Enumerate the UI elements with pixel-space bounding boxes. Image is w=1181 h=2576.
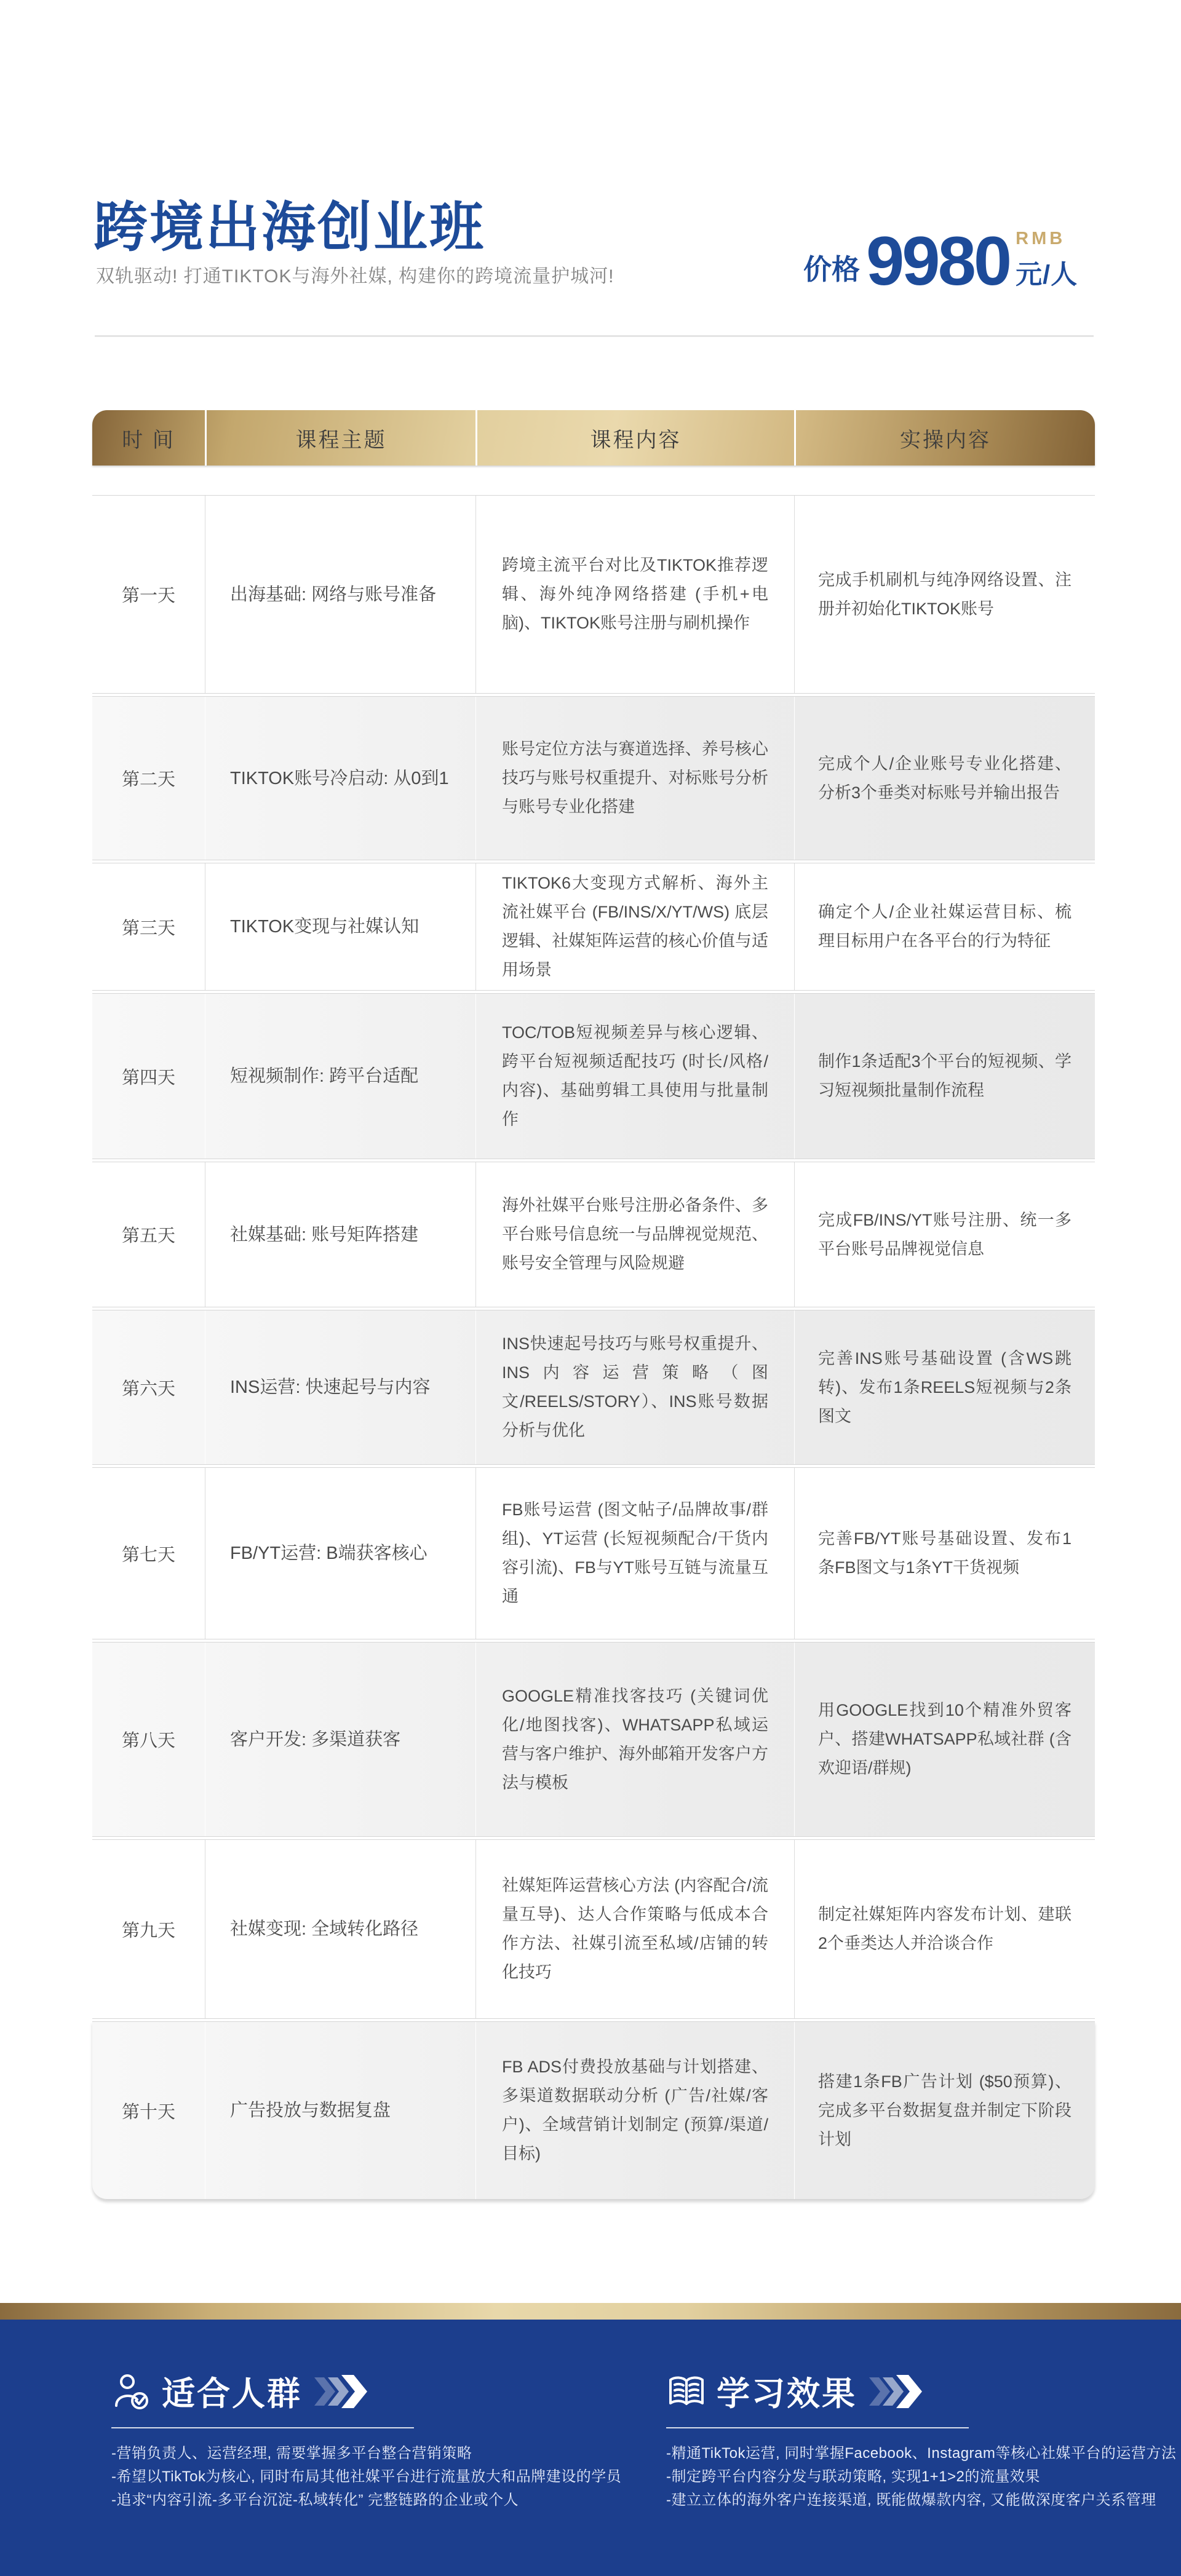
column-header-2: 课程内容 bbox=[475, 410, 794, 466]
content-cell: 账号定位方法与赛道选择、养号核心技巧与账号权重提升、对标账号分析与账号专业化搭建 bbox=[475, 697, 794, 860]
day-cell: 第一天 bbox=[92, 496, 205, 693]
outcome-title: 学习效果 bbox=[717, 2368, 857, 2415]
content-cell: 社媒矩阵运营核心方法 (内容配合/流量互导)、达人合作策略与低成本合作方法、社媒… bbox=[475, 1840, 794, 2018]
topic-cell: TIKTOK变现与社媒认知 bbox=[205, 863, 475, 990]
topic-cell: 广告投放与数据复盘 bbox=[205, 2022, 475, 2199]
table-row: 第六天INS运营: 快速起号与内容INS快速起号技巧与账号权重提升、INS内容运… bbox=[92, 1310, 1095, 1465]
table-row: 第二天TIKTOK账号冷启动: 从0到1账号定位方法与赛道选择、养号核心技巧与账… bbox=[92, 696, 1095, 860]
audience-title: 适合人群 bbox=[162, 2368, 302, 2415]
topic-cell: 客户开发: 多渠道获客 bbox=[205, 1643, 475, 1836]
content-cell: FB账号运营 (图文帖子/品牌故事/群组)、YT运营 (长短视频配合/干货内容引… bbox=[475, 1468, 794, 1639]
outcome-underline bbox=[666, 2427, 969, 2428]
day-cell: 第二天 bbox=[92, 697, 205, 860]
price-unit: 元/人 bbox=[1016, 254, 1078, 291]
day-cell: 第六天 bbox=[92, 1310, 205, 1464]
topic-cell: 社媒变现: 全域转化路径 bbox=[205, 1840, 475, 2018]
practice-cell: 制作1条适配3个平台的短视频、学习短视频批量制作流程 bbox=[794, 994, 1095, 1159]
topic-cell: TIKTOK账号冷启动: 从0到1 bbox=[205, 697, 475, 860]
header-divider bbox=[95, 335, 1094, 337]
course-table-body: 第一天出海基础: 网络与账号准备跨境主流平台对比及TIKTOK推荐逻辑、海外纯净… bbox=[92, 495, 1095, 2200]
practice-cell: 完善FB/YT账号基础设置、发布1条FB图文与1条YT干货视频 bbox=[794, 1468, 1095, 1639]
audience-items: -营销负责人、运营经理, 需要掌握多平台整合营销策略-希望以TikTok为核心,… bbox=[111, 2442, 621, 2512]
content-cell: 海外社媒平台账号注册必备条件、多平台账号信息统一与品牌视觉规范、账号安全管理与风… bbox=[475, 1162, 794, 1307]
content-cell: 跨境主流平台对比及TIKTOK推荐逻辑、海外纯净网络搭建 (手机+电脑)、TIK… bbox=[475, 496, 794, 693]
table-row: 第十天广告投放与数据复盘FB ADS付费投放基础与计划搭建、多渠道数据联动分析 … bbox=[92, 2021, 1095, 2200]
column-header-0: 时 间 bbox=[92, 410, 205, 466]
price-value: 9980 bbox=[866, 229, 1009, 293]
person-check-icon bbox=[111, 2371, 152, 2412]
table-row: 第九天社媒变现: 全域转化路径社媒矩阵运营核心方法 (内容配合/流量互导)、达人… bbox=[92, 1839, 1095, 2019]
day-cell: 第三天 bbox=[92, 863, 205, 990]
day-cell: 第八天 bbox=[92, 1643, 205, 1836]
topic-cell: 短视频制作: 跨平台适配 bbox=[205, 994, 475, 1159]
topic-cell: 出海基础: 网络与账号准备 bbox=[205, 496, 475, 693]
list-item: -精通TikTok运营, 同时掌握Facebook、Instagram等核心社媒… bbox=[666, 2442, 1176, 2465]
practice-cell: 确定个人/企业社媒运营目标、梳理目标用户在各平台的行为特征 bbox=[794, 863, 1095, 990]
day-cell: 第九天 bbox=[92, 1840, 205, 2018]
table-row: 第三天TIKTOK变现与社媒认知TIKTOK6大变现方式解析、海外主流社媒平台 … bbox=[92, 863, 1095, 991]
table-row: 第七天FB/YT运营: B端获客核心FB账号运营 (图文帖子/品牌故事/群组)、… bbox=[92, 1467, 1095, 1639]
course-table-header: 时 间课程主题课程内容实操内容 bbox=[92, 410, 1095, 466]
day-cell: 第四天 bbox=[92, 994, 205, 1159]
column-header-1: 课程主题 bbox=[205, 410, 475, 466]
audience-underline bbox=[111, 2427, 414, 2428]
topic-cell: INS运营: 快速起号与内容 bbox=[205, 1310, 475, 1464]
list-item: -希望以TikTok为核心, 同时布局其他社媒平台进行流量放大和品牌建设的学员 bbox=[111, 2465, 621, 2489]
chevrons-icon bbox=[868, 2372, 925, 2414]
footer: 适合人群 -营销负责人、运营经理, 需要掌握多平台整合营销策略-希望以TikTo… bbox=[0, 2320, 1181, 2576]
practice-cell: 完成个人/企业账号专业化搭建、分析3个垂类对标账号并输出报告 bbox=[794, 697, 1095, 860]
outcome-section: 学习效果 -精通TikTok运营, 同时掌握Facebook、Instagram… bbox=[666, 2368, 1176, 2512]
price-label: 价格 bbox=[803, 247, 860, 288]
table-row: 第八天客户开发: 多渠道获客GOOGLE精准找客技巧 (关键词优化/地图找客)、… bbox=[92, 1642, 1095, 1837]
audience-section: 适合人群 -营销负责人、运营经理, 需要掌握多平台整合营销策略-希望以TikTo… bbox=[111, 2368, 621, 2512]
book-icon bbox=[666, 2371, 707, 2412]
table-row: 第一天出海基础: 网络与账号准备跨境主流平台对比及TIKTOK推荐逻辑、海外纯净… bbox=[92, 495, 1095, 694]
poster-page: 跨境出海创业班 双轨驱动! 打通TIKTOK与海外社媒, 构建你的跨境流量护城河… bbox=[0, 0, 1181, 2576]
practice-cell: 完成手机刷机与纯净网络设置、注册并初始化TIKTOK账号 bbox=[794, 496, 1095, 693]
outcome-heading: 学习效果 bbox=[666, 2368, 1176, 2415]
page-title: 跨境出海创业班 bbox=[93, 184, 485, 262]
topic-cell: 社媒基础: 账号矩阵搭建 bbox=[205, 1162, 475, 1307]
table-row: 第五天社媒基础: 账号矩阵搭建海外社媒平台账号注册必备条件、多平台账号信息统一与… bbox=[92, 1162, 1095, 1307]
content-cell: GOOGLE精准找客技巧 (关键词优化/地图找客)、WHATSAPP私域运营与客… bbox=[475, 1643, 794, 1836]
practice-cell: 搭建1条FB广告计划 ($50预算)、完成多平台数据复盘并制定下阶段计划 bbox=[794, 2022, 1095, 2199]
outcome-items: -精通TikTok运营, 同时掌握Facebook、Instagram等核心社媒… bbox=[666, 2442, 1176, 2512]
price-block: 价格 9980 RMB 元/人 bbox=[803, 221, 1078, 293]
day-cell: 第十天 bbox=[92, 2022, 205, 2199]
price-currency: RMB bbox=[1016, 229, 1065, 249]
content-cell: TIKTOK6大变现方式解析、海外主流社媒平台 (FB/INS/X/YT/WS)… bbox=[475, 863, 794, 990]
column-header-3: 实操内容 bbox=[794, 410, 1095, 466]
practice-cell: 完成FB/INS/YT账号注册、统一多平台账号品牌视觉信息 bbox=[794, 1162, 1095, 1307]
gold-divider-bar bbox=[0, 2303, 1181, 2320]
course-table: 时 间课程主题课程内容实操内容 第一天出海基础: 网络与账号准备跨境主流平台对比… bbox=[92, 410, 1095, 2202]
practice-cell: 完善INS账号基础设置 (含WS跳转)、发布1条REELS短视频与2条图文 bbox=[794, 1310, 1095, 1464]
day-cell: 第七天 bbox=[92, 1468, 205, 1639]
price-side: RMB 元/人 bbox=[1016, 229, 1078, 291]
list-item: -制定跨平台内容分发与联动策略, 实现1+1>2的流量效果 bbox=[666, 2465, 1176, 2489]
table-row: 第四天短视频制作: 跨平台适配TOC/TOB短视频差异与核心逻辑、跨平台短视频适… bbox=[92, 993, 1095, 1159]
topic-cell: FB/YT运营: B端获客核心 bbox=[205, 1468, 475, 1639]
audience-heading: 适合人群 bbox=[111, 2368, 621, 2415]
list-item: -营销负责人、运营经理, 需要掌握多平台整合营销策略 bbox=[111, 2442, 621, 2465]
content-cell: TOC/TOB短视频差异与核心逻辑、跨平台短视频适配技巧 (时长/风格/内容)、… bbox=[475, 994, 794, 1159]
practice-cell: 制定社媒矩阵内容发布计划、建联2个垂类达人并洽谈合作 bbox=[794, 1840, 1095, 2018]
practice-cell: 用GOOGLE找到10个精准外贸客户、搭建WHATSAPP私域社群 (含欢迎语/… bbox=[794, 1643, 1095, 1836]
content-cell: FB ADS付费投放基础与计划搭建、多渠道数据联动分析 (广告/社媒/客户)、全… bbox=[475, 2022, 794, 2199]
content-cell: INS快速起号技巧与账号权重提升、INS内容运营策略（图文/REELS/STOR… bbox=[475, 1310, 794, 1464]
chevrons-icon bbox=[313, 2372, 370, 2414]
day-cell: 第五天 bbox=[92, 1162, 205, 1307]
list-item: -追求“内容引流-多平台沉淀-私域转化” 完整链路的企业或个人 bbox=[111, 2489, 621, 2512]
page-subtitle: 双轨驱动! 打通TIKTOK与海外社媒, 构建你的跨境流量护城河! bbox=[96, 261, 614, 288]
list-item: -建立立体的海外客户连接渠道, 既能做爆款内容, 又能做深度客户关系管理 bbox=[666, 2489, 1176, 2512]
